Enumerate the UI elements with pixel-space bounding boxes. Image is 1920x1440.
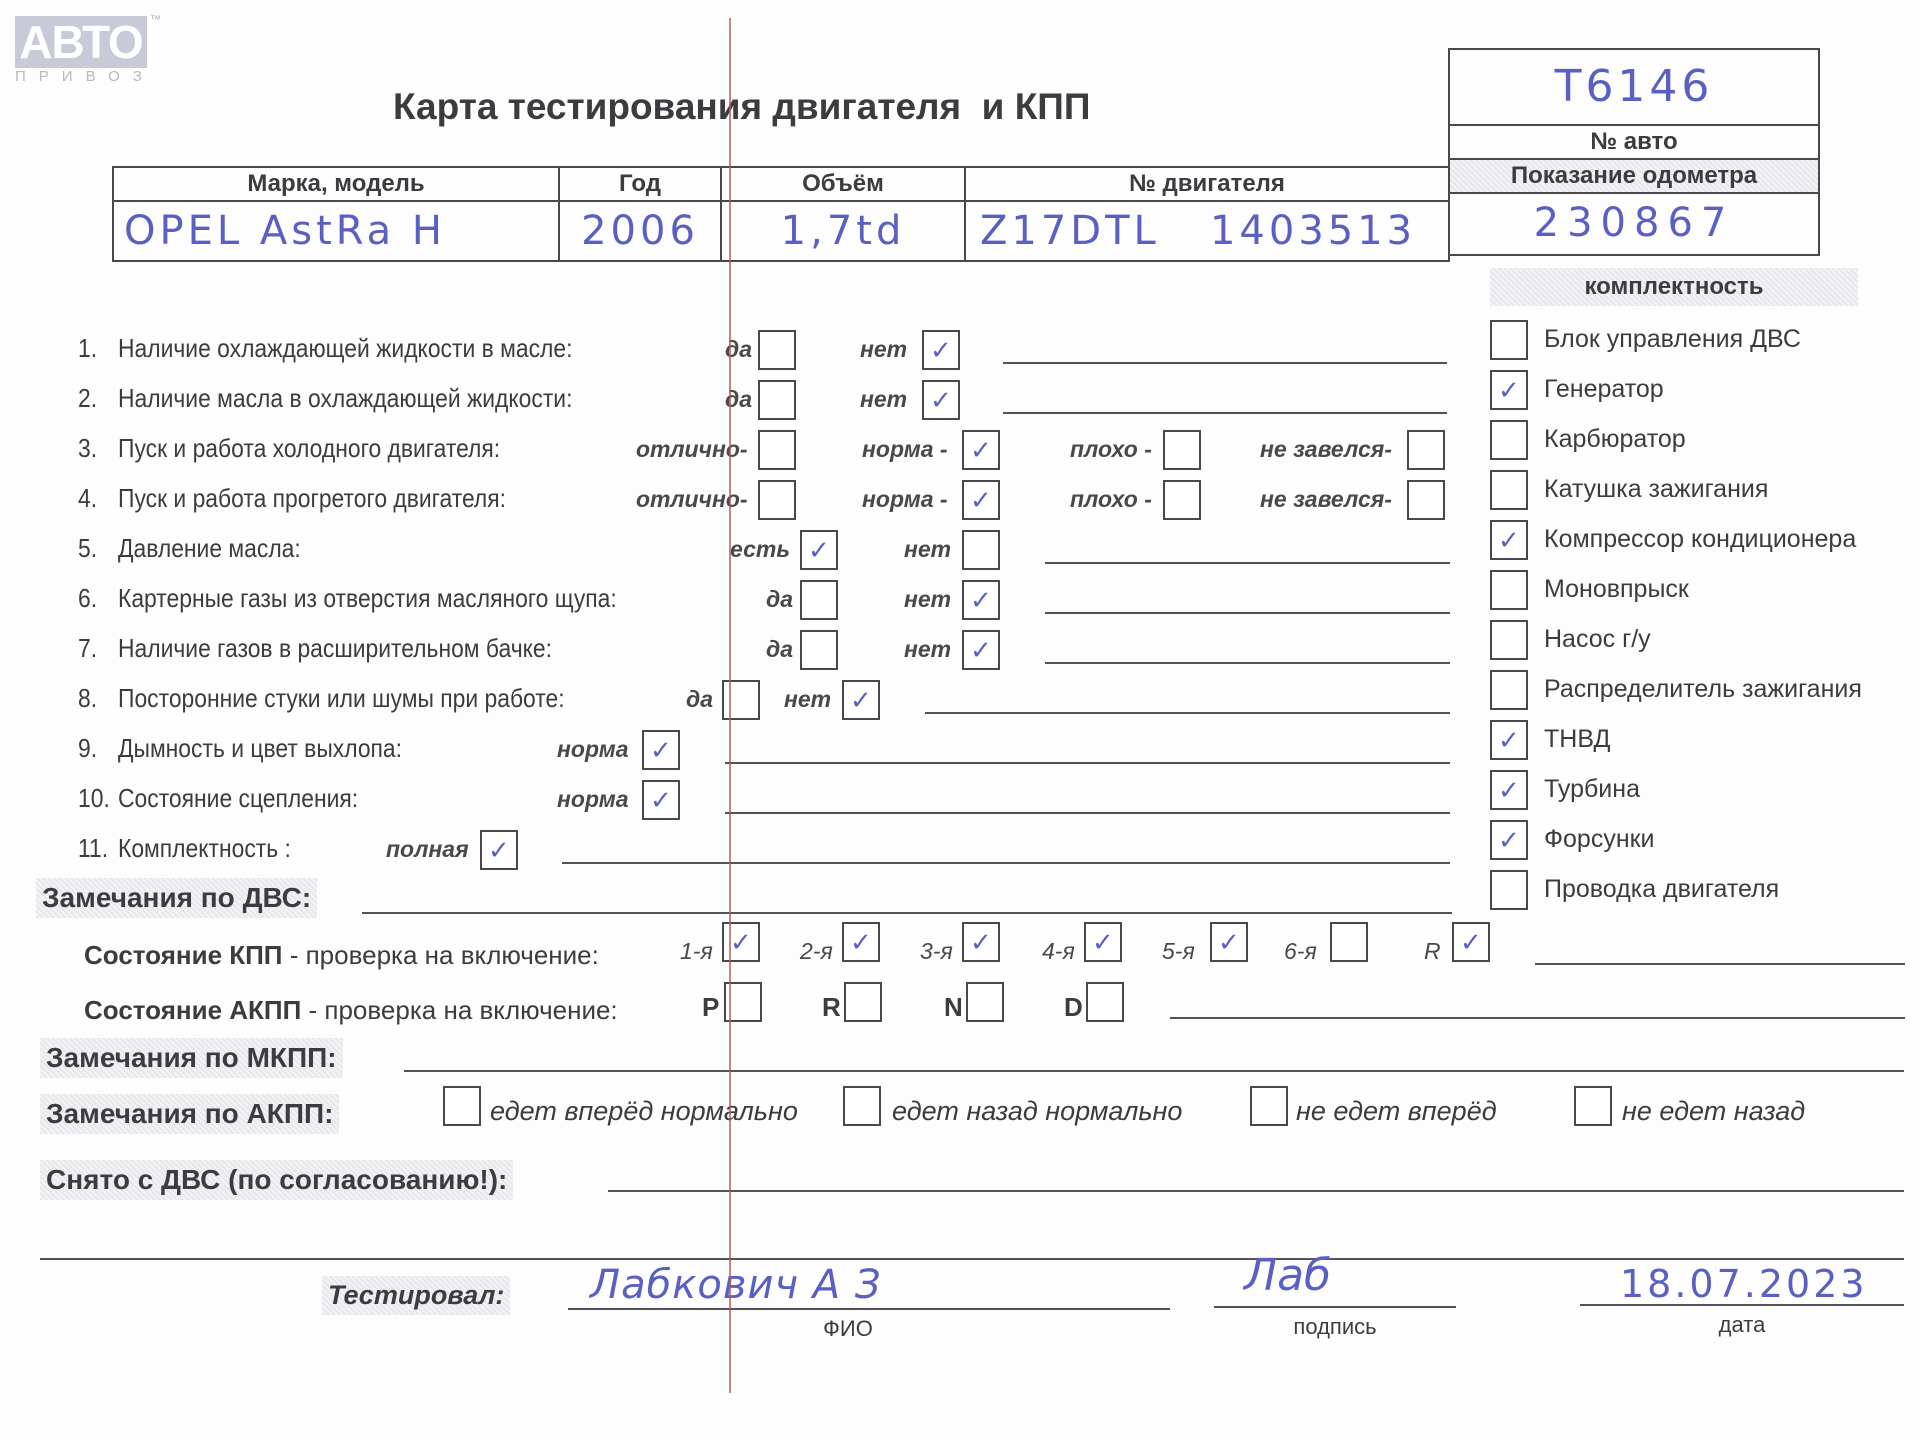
mode-checkbox[interactable] <box>1086 982 1124 1022</box>
kit-item-label: Проводка двигателя <box>1544 875 1779 904</box>
option-label: да <box>686 686 713 713</box>
header-engine-number: № двигателя <box>964 166 1450 202</box>
gear-label: 6-я <box>1284 938 1317 965</box>
gear-checkbox[interactable]: ✓ <box>1084 922 1122 962</box>
option-label: нет <box>904 586 951 613</box>
kit-checkbox[interactable] <box>1490 320 1528 360</box>
checklist-item-number: 6. <box>78 583 97 614</box>
gear-label: 3-я <box>920 938 953 965</box>
name-caption: ФИО <box>568 1316 1128 1342</box>
option-checkbox[interactable] <box>1163 430 1201 470</box>
gear-checkbox[interactable]: ✓ <box>1452 922 1490 962</box>
option-label: норма - <box>862 436 948 463</box>
checklist-item-number: 1. <box>78 333 97 364</box>
header-volume: Объём <box>720 166 966 202</box>
kit-item-label: Форсунки <box>1544 825 1655 854</box>
margin-line <box>729 18 731 1393</box>
option-checkbox[interactable]: ✓ <box>922 380 960 420</box>
notes-line[interactable] <box>1003 362 1447 364</box>
checklist-item-number: 10. <box>78 783 110 814</box>
mode-label: P <box>702 992 719 1023</box>
option-label: нет <box>860 386 907 413</box>
checklist-item-label: Давление масла: <box>118 533 301 564</box>
akpp-notes-line[interactable] <box>1170 1017 1905 1019</box>
kit-checkbox[interactable]: ✓ <box>1490 820 1528 860</box>
option-label: нет <box>860 336 907 363</box>
header-year: Год <box>558 166 722 202</box>
checkmark-icon: ✓ <box>1460 926 1482 958</box>
notes-line[interactable] <box>562 862 1450 864</box>
year-value[interactable]: 2006 <box>558 200 722 262</box>
tester-name: Лабкович А З <box>590 1262 882 1308</box>
option-checkbox[interactable]: ✓ <box>962 480 1000 520</box>
checkmark-icon: ✓ <box>1498 524 1520 556</box>
signature-line[interactable] <box>1214 1306 1456 1308</box>
gear-checkbox[interactable]: ✓ <box>722 922 760 962</box>
option-checkbox[interactable] <box>1163 480 1201 520</box>
option-checkbox[interactable] <box>800 580 838 620</box>
checklist-item-label: Наличие масла в охлаждающей жидкости: <box>118 383 572 414</box>
kit-item-label: Насос г/у <box>1544 625 1651 654</box>
option-checkbox[interactable]: ✓ <box>962 580 1000 620</box>
option-checkbox[interactable]: ✓ <box>642 780 680 820</box>
option-checkbox[interactable]: ✓ <box>842 680 880 720</box>
notes-line[interactable] <box>925 712 1450 714</box>
tester-signature: Лаб <box>1244 1250 1331 1301</box>
gear-label: 4-я <box>1042 938 1075 965</box>
checklist-item-number: 8. <box>78 683 97 714</box>
mkpp-remarks-label: Замечания по МКПП: <box>40 1038 343 1078</box>
checkmark-icon: ✓ <box>488 834 510 866</box>
mode-label: D <box>1064 992 1083 1023</box>
kit-checkbox[interactable]: ✓ <box>1490 770 1528 810</box>
option-label: не завелся- <box>1260 486 1392 513</box>
checklist-item-label: Пуск и работа прогретого двигателя: <box>118 483 506 514</box>
checklist-item-label: Пуск и работа холодного двигателя: <box>118 433 500 464</box>
gear-label: 1-я <box>680 938 713 965</box>
mode-checkbox[interactable] <box>966 982 1004 1022</box>
trademark-symbol: ™ <box>150 14 161 26</box>
make-model-value[interactable]: OPEL AstRa H <box>112 200 560 262</box>
brand-logo-subtitle: ПРИВОЗ <box>15 68 150 85</box>
gear-checkbox[interactable]: ✓ <box>842 922 880 962</box>
akpp-remark-label: не едет назад <box>1622 1096 1805 1127</box>
date-line[interactable] <box>1580 1304 1904 1306</box>
option-checkbox[interactable] <box>758 330 796 370</box>
engine-remarks-label: Замечания по ДВС: <box>36 878 317 918</box>
gear-checkbox[interactable] <box>1330 922 1368 962</box>
notes-line[interactable] <box>725 762 1450 764</box>
engine-number-value[interactable]: Z17DTL 1403513 <box>964 200 1450 262</box>
mkpp-remarks-line[interactable] <box>404 1070 1904 1072</box>
odometer-cell[interactable]: 230867 <box>1448 192 1820 256</box>
option-label: плохо - <box>1070 486 1152 513</box>
option-label: нет <box>784 686 831 713</box>
notes-line[interactable] <box>1045 612 1450 614</box>
akpp-remark-label: едет назад нормально <box>892 1096 1182 1127</box>
gear-label: R <box>1424 938 1441 965</box>
gear-checkbox[interactable]: ✓ <box>1210 922 1248 962</box>
removed-line[interactable] <box>608 1190 1904 1192</box>
kit-checkbox[interactable] <box>1490 570 1528 610</box>
akpp-remark-label: едет вперёд нормально <box>490 1096 798 1127</box>
option-label: не завелся- <box>1260 436 1392 463</box>
kit-checkbox[interactable] <box>1490 420 1528 460</box>
option-checkbox[interactable] <box>1407 430 1445 470</box>
checklist-item-label: Посторонние стуки или шумы при работе: <box>118 683 565 714</box>
kit-checkbox[interactable]: ✓ <box>1490 520 1528 560</box>
option-label: норма <box>557 786 629 813</box>
option-checkbox[interactable]: ✓ <box>962 430 1000 470</box>
option-checkbox[interactable] <box>800 630 838 670</box>
removed-line-2[interactable] <box>40 1258 1904 1260</box>
option-label: да <box>766 636 793 663</box>
akpp-remarks-label: Замечания по АКПП: <box>40 1094 339 1134</box>
checklist-item-number: 7. <box>78 633 97 664</box>
checkmark-icon: ✓ <box>1218 926 1240 958</box>
checkmark-icon: ✓ <box>970 434 992 466</box>
option-checkbox[interactable]: ✓ <box>800 530 838 570</box>
option-checkbox[interactable]: ✓ <box>962 630 1000 670</box>
kit-item-label: Распределитель зажигания <box>1544 675 1862 704</box>
gear-checkbox[interactable]: ✓ <box>962 922 1000 962</box>
volume-value[interactable]: 1,7td <box>720 200 966 262</box>
checkmark-icon: ✓ <box>970 484 992 516</box>
header-make-model: Марка, модель <box>112 166 560 202</box>
option-checkbox[interactable] <box>962 530 1000 570</box>
kit-header-bg: комплектность <box>1490 268 1858 306</box>
option-label: нет <box>904 536 951 563</box>
name-line[interactable] <box>568 1308 1170 1310</box>
option-checkbox[interactable] <box>758 380 796 420</box>
checkmark-icon: ✓ <box>930 334 952 366</box>
option-label: есть <box>730 536 790 563</box>
checkmark-icon: ✓ <box>650 734 672 766</box>
kit-item-label: Турбина <box>1544 775 1640 804</box>
option-label: полная <box>386 836 469 863</box>
option-checkbox[interactable]: ✓ <box>480 830 518 870</box>
checklist-item-label: Наличие газов в расширительном бачке: <box>118 633 552 664</box>
checklist-item-number: 11. <box>78 833 108 864</box>
kit-checkbox[interactable] <box>1490 670 1528 710</box>
checkmark-icon: ✓ <box>970 926 992 958</box>
checklist-item-label: Дымность и цвет выхлопа: <box>118 733 402 764</box>
tested-label: Тестировал: <box>322 1276 510 1315</box>
notes-line[interactable] <box>725 812 1450 814</box>
kit-checkbox[interactable]: ✓ <box>1490 370 1528 410</box>
option-checkbox[interactable] <box>1407 480 1445 520</box>
car-number-value: T6146 <box>1450 50 1818 124</box>
option-label: норма - <box>862 486 948 513</box>
brand-logo: АВТО <box>15 16 147 68</box>
mode-label: N <box>944 992 963 1023</box>
kit-checkbox[interactable] <box>1490 620 1528 660</box>
test-date: 18.07.2023 <box>1620 1262 1868 1306</box>
notes-line[interactable] <box>1045 562 1450 564</box>
akpp-remark-checkbox[interactable] <box>443 1086 481 1126</box>
checkmark-icon: ✓ <box>1498 724 1520 756</box>
kit-checkbox[interactable]: ✓ <box>1490 720 1528 760</box>
checkmark-icon: ✓ <box>1498 374 1520 406</box>
checkmark-icon: ✓ <box>1498 774 1520 806</box>
option-label: нет <box>904 636 951 663</box>
kit-item-label: Карбюратор <box>1544 425 1686 454</box>
akpp-remark-checkbox[interactable] <box>843 1086 881 1126</box>
engine-remarks-line[interactable] <box>362 912 1452 914</box>
option-checkbox[interactable]: ✓ <box>922 330 960 370</box>
mode-checkbox[interactable] <box>844 982 882 1022</box>
checkmark-icon: ✓ <box>970 584 992 616</box>
checkmark-icon: ✓ <box>1498 824 1520 856</box>
kit-item-label: Моновпрыск <box>1544 575 1689 604</box>
checklist-item-number: 4. <box>78 483 97 514</box>
checkmark-icon: ✓ <box>850 684 872 716</box>
date-caption: дата <box>1580 1312 1904 1338</box>
kit-item-label: Катушка зажигания <box>1544 475 1768 504</box>
checklist-item-number: 3. <box>78 433 97 464</box>
checkmark-icon: ✓ <box>1092 926 1114 958</box>
option-checkbox[interactable] <box>758 480 796 520</box>
akpp-remark-label: не едет вперёд <box>1296 1096 1497 1127</box>
signature-caption: подпись <box>1214 1314 1456 1340</box>
option-label: плохо - <box>1070 436 1152 463</box>
akpp-remark-checkbox[interactable] <box>1250 1086 1288 1126</box>
option-checkbox[interactable] <box>722 680 760 720</box>
checklist-item-label: Комплектность : <box>118 833 291 864</box>
gear-label: 2-я <box>800 938 833 965</box>
notes-line[interactable] <box>1003 412 1447 414</box>
notes-line[interactable] <box>1045 662 1450 664</box>
akpp-remark-checkbox[interactable] <box>1574 1086 1612 1126</box>
akpp-label: Состояние АКПП - проверка на включение: <box>84 995 618 1026</box>
checkmark-icon: ✓ <box>808 534 830 566</box>
checklist-item-label: Наличие охлаждающей жидкости в масле: <box>118 333 572 364</box>
option-checkbox[interactable]: ✓ <box>642 730 680 770</box>
kit-checkbox[interactable] <box>1490 470 1528 510</box>
option-label: да <box>766 586 793 613</box>
page-title: Карта тестирования двигателя и КПП <box>393 86 1090 128</box>
checkmark-icon: ✓ <box>850 926 872 958</box>
odometer-label: Показание одометра <box>1448 158 1820 194</box>
checklist-item-number: 5. <box>78 533 97 564</box>
removed-label: Снято с ДВС (по согласованию!): <box>40 1160 513 1200</box>
car-number-cell[interactable]: T6146 <box>1448 48 1820 126</box>
option-checkbox[interactable] <box>758 430 796 470</box>
checklist-item-number: 9. <box>78 733 97 764</box>
gear-label: 5-я <box>1162 938 1195 965</box>
kpp-notes-line[interactable] <box>1535 963 1905 965</box>
kit-item-label: Блок управления ДВС <box>1544 325 1801 354</box>
kit-checkbox[interactable] <box>1490 870 1528 910</box>
checklist-item-number: 2. <box>78 383 97 414</box>
checklist-item-label: Картерные газы из отверстия масляного щу… <box>118 583 617 614</box>
checkmark-icon: ✓ <box>970 634 992 666</box>
checkmark-icon: ✓ <box>650 784 672 816</box>
kpp-label: Состояние КПП - проверка на включение: <box>84 940 599 971</box>
kit-item-label: Компрессор кондиционера <box>1544 525 1856 554</box>
mode-label: R <box>822 992 841 1023</box>
checkmark-icon: ✓ <box>730 926 752 958</box>
car-number-label: № авто <box>1448 124 1820 160</box>
kit-item-label: ТНВД <box>1544 725 1610 754</box>
kit-header: комплектность <box>1490 268 1858 306</box>
checkmark-icon: ✓ <box>930 384 952 416</box>
kit-item-label: Генератор <box>1544 375 1664 404</box>
checklist-item-label: Состояние сцепления: <box>118 783 358 814</box>
odometer-value: 230867 <box>1450 194 1818 252</box>
option-label: норма <box>557 736 629 763</box>
